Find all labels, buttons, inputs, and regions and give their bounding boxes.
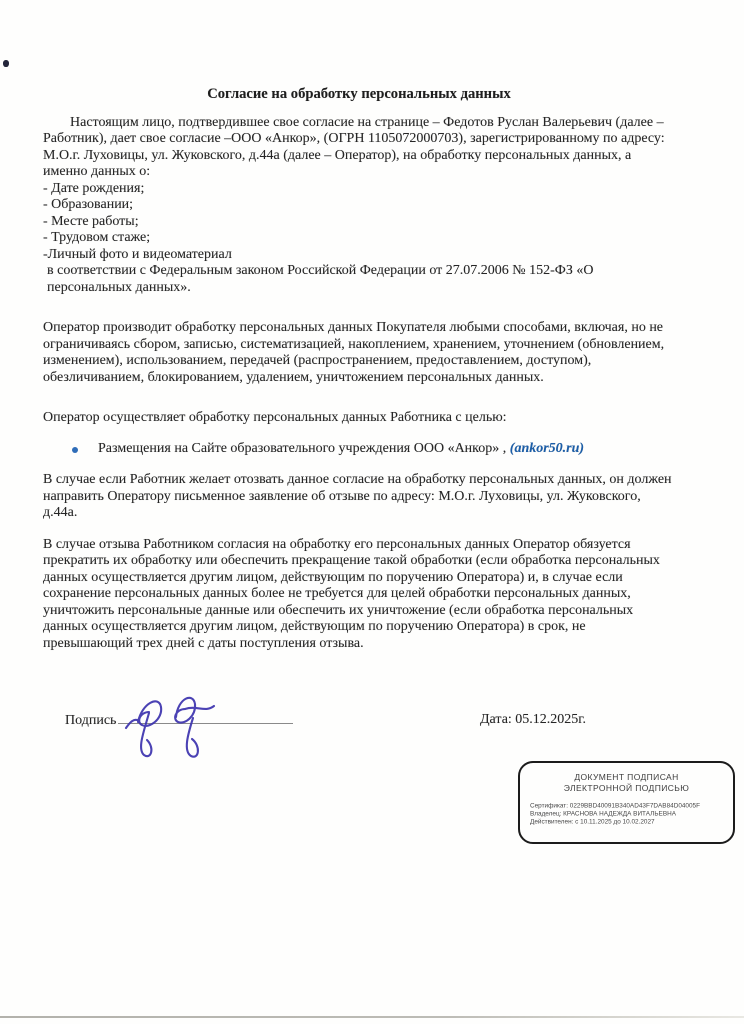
- signature-row: Подпись: [65, 712, 293, 729]
- withdraw-paragraph: В случае если Работник желает отозвать д…: [43, 472, 675, 522]
- bullet-icon: [72, 447, 78, 453]
- document-body: Согласие на обработку персональных данны…: [43, 86, 675, 652]
- purpose-bullet-item: Размещения на Сайте образовательного учр…: [43, 441, 675, 458]
- list-item-experience: - Трудовом стаже;: [43, 230, 675, 247]
- stamp-owner: Владелец: КРАСНОВА НАДЕЖДА ВИТАЛЬЕВНА: [530, 810, 743, 818]
- stamp-title-line2: ЭЛЕКТРОННОЙ ПОДПИСЬЮ: [520, 783, 733, 794]
- site-link: (ankor50.ru): [510, 441, 584, 456]
- signature-label: Подпись: [65, 713, 116, 728]
- stamp-validity: Действителен: с 10.11.2025 до 10.02.2027: [530, 818, 743, 826]
- list-item-workplace: - Месте работы;: [43, 214, 675, 231]
- personal-data-list: - Дате рождения; - Образовании; - Месте …: [43, 181, 675, 264]
- list-item-birthdate: - Дате рождения;: [43, 181, 675, 198]
- law-reference: в соответствии с Федеральным законом Рос…: [43, 263, 675, 296]
- scanned-document-page: Согласие на обработку персональных данны…: [0, 0, 744, 1024]
- signature-line: [118, 712, 293, 724]
- intro-paragraph: Настоящим лицо, подтвердившее свое согла…: [43, 115, 675, 181]
- stamp-details: Сертификат: 0229BBD40091B340AD43F7DAB84D…: [530, 802, 743, 826]
- revoke-paragraph: В случае отзыва Работником согласия на о…: [43, 537, 675, 653]
- purpose-intro-paragraph: Оператор осуществляет обработку персонал…: [43, 410, 675, 427]
- e-signature-stamp: ДОКУМЕНТ ПОДПИСАН ЭЛЕКТРОННОЙ ПОДПИСЬЮ С…: [518, 761, 735, 844]
- stamp-certificate: Сертификат: 0229BBD40091B340AD43F7DAB84D…: [530, 802, 743, 810]
- stamp-title-line1: ДОКУМЕНТ ПОДПИСАН: [520, 772, 733, 783]
- scan-edge-line: [0, 1016, 744, 1018]
- scan-speck: [3, 60, 9, 67]
- date-text: Дата: 05.12.2025г.: [480, 712, 586, 728]
- list-item-photo-video: -Личный фото и видеоматериал: [43, 247, 675, 264]
- list-item-education: - Образовании;: [43, 197, 675, 214]
- processing-paragraph: Оператор производит обработку персональн…: [43, 320, 675, 386]
- purpose-text: Размещения на Сайте образовательного учр…: [98, 441, 510, 456]
- document-title: Согласие на обработку персональных данны…: [43, 86, 675, 103]
